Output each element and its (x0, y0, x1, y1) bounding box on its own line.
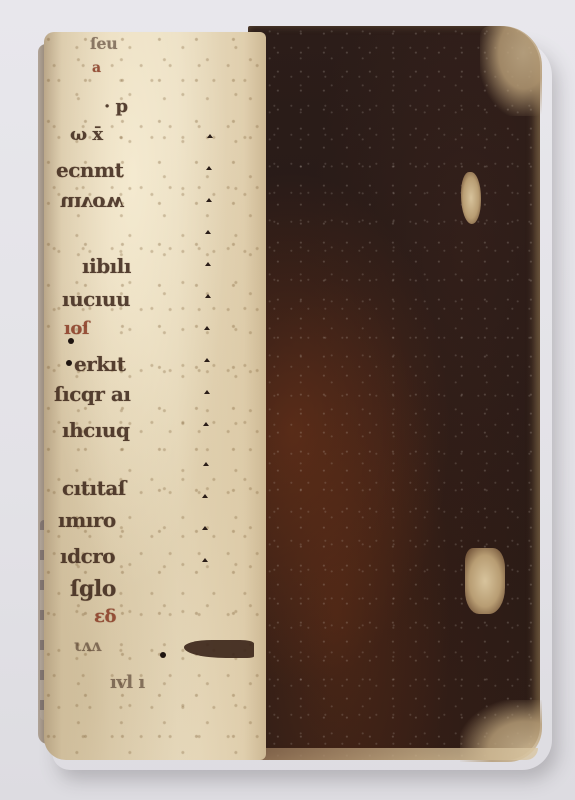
sewing-hole (205, 294, 211, 298)
sewing-hole (204, 390, 210, 394)
sewing-hole (202, 494, 208, 498)
book-photograph: ſeu a · p ω x̄ ecnmt uıvσw ıibılı ıucıuu… (0, 0, 575, 800)
manuscript-line: ιʌʌ (74, 636, 101, 655)
sewing-hole (204, 326, 210, 330)
clasp-hole-bottom (465, 548, 505, 614)
sewing-hole (202, 558, 208, 562)
sewing-hole (207, 134, 213, 138)
manuscript-line: ıibılı (82, 254, 131, 278)
sewing-hole (203, 422, 209, 426)
manuscript-line: ıucıuu (62, 287, 130, 311)
manuscript-line: ſglo (70, 576, 116, 602)
binding-hole (68, 338, 74, 344)
sewing-hole (206, 198, 212, 202)
manuscript-line: ıvl ı (110, 672, 145, 693)
manuscript-line: · p (104, 96, 128, 117)
manuscript-line: ſıcqr aı (54, 382, 130, 406)
sewing-hole (202, 526, 208, 530)
manuscript-rubric: εδ (94, 606, 116, 627)
sewing-hole (205, 262, 211, 266)
sewing-hole (203, 462, 209, 466)
manuscript-line: uıvσw (60, 192, 123, 216)
manuscript-line: ecnmt (56, 158, 123, 182)
corner-wear-top-right (480, 26, 542, 116)
sewing-hole (206, 166, 212, 170)
binding-hole (160, 652, 166, 658)
clasp-hole-top (461, 172, 481, 224)
manuscript-rubric: a (92, 60, 101, 76)
sewing-hole (204, 358, 210, 362)
manuscript-rubric: ıoſ (64, 318, 89, 339)
manuscript-line: ıhcıuq (62, 418, 129, 442)
manuscript-line: ımıro (58, 508, 116, 532)
leather-board (248, 26, 540, 760)
manuscript-line: ſeu (90, 34, 117, 53)
binding-hole (66, 360, 72, 366)
manuscript-line: ıdcro (60, 544, 115, 568)
manuscript-line: ω x̄ (70, 124, 103, 145)
sewing-hole (205, 230, 211, 234)
board-bottom-edge (248, 748, 538, 760)
manuscript-line: erkıt (74, 352, 125, 376)
manuscript-line: cıtıtaſ (62, 476, 126, 500)
